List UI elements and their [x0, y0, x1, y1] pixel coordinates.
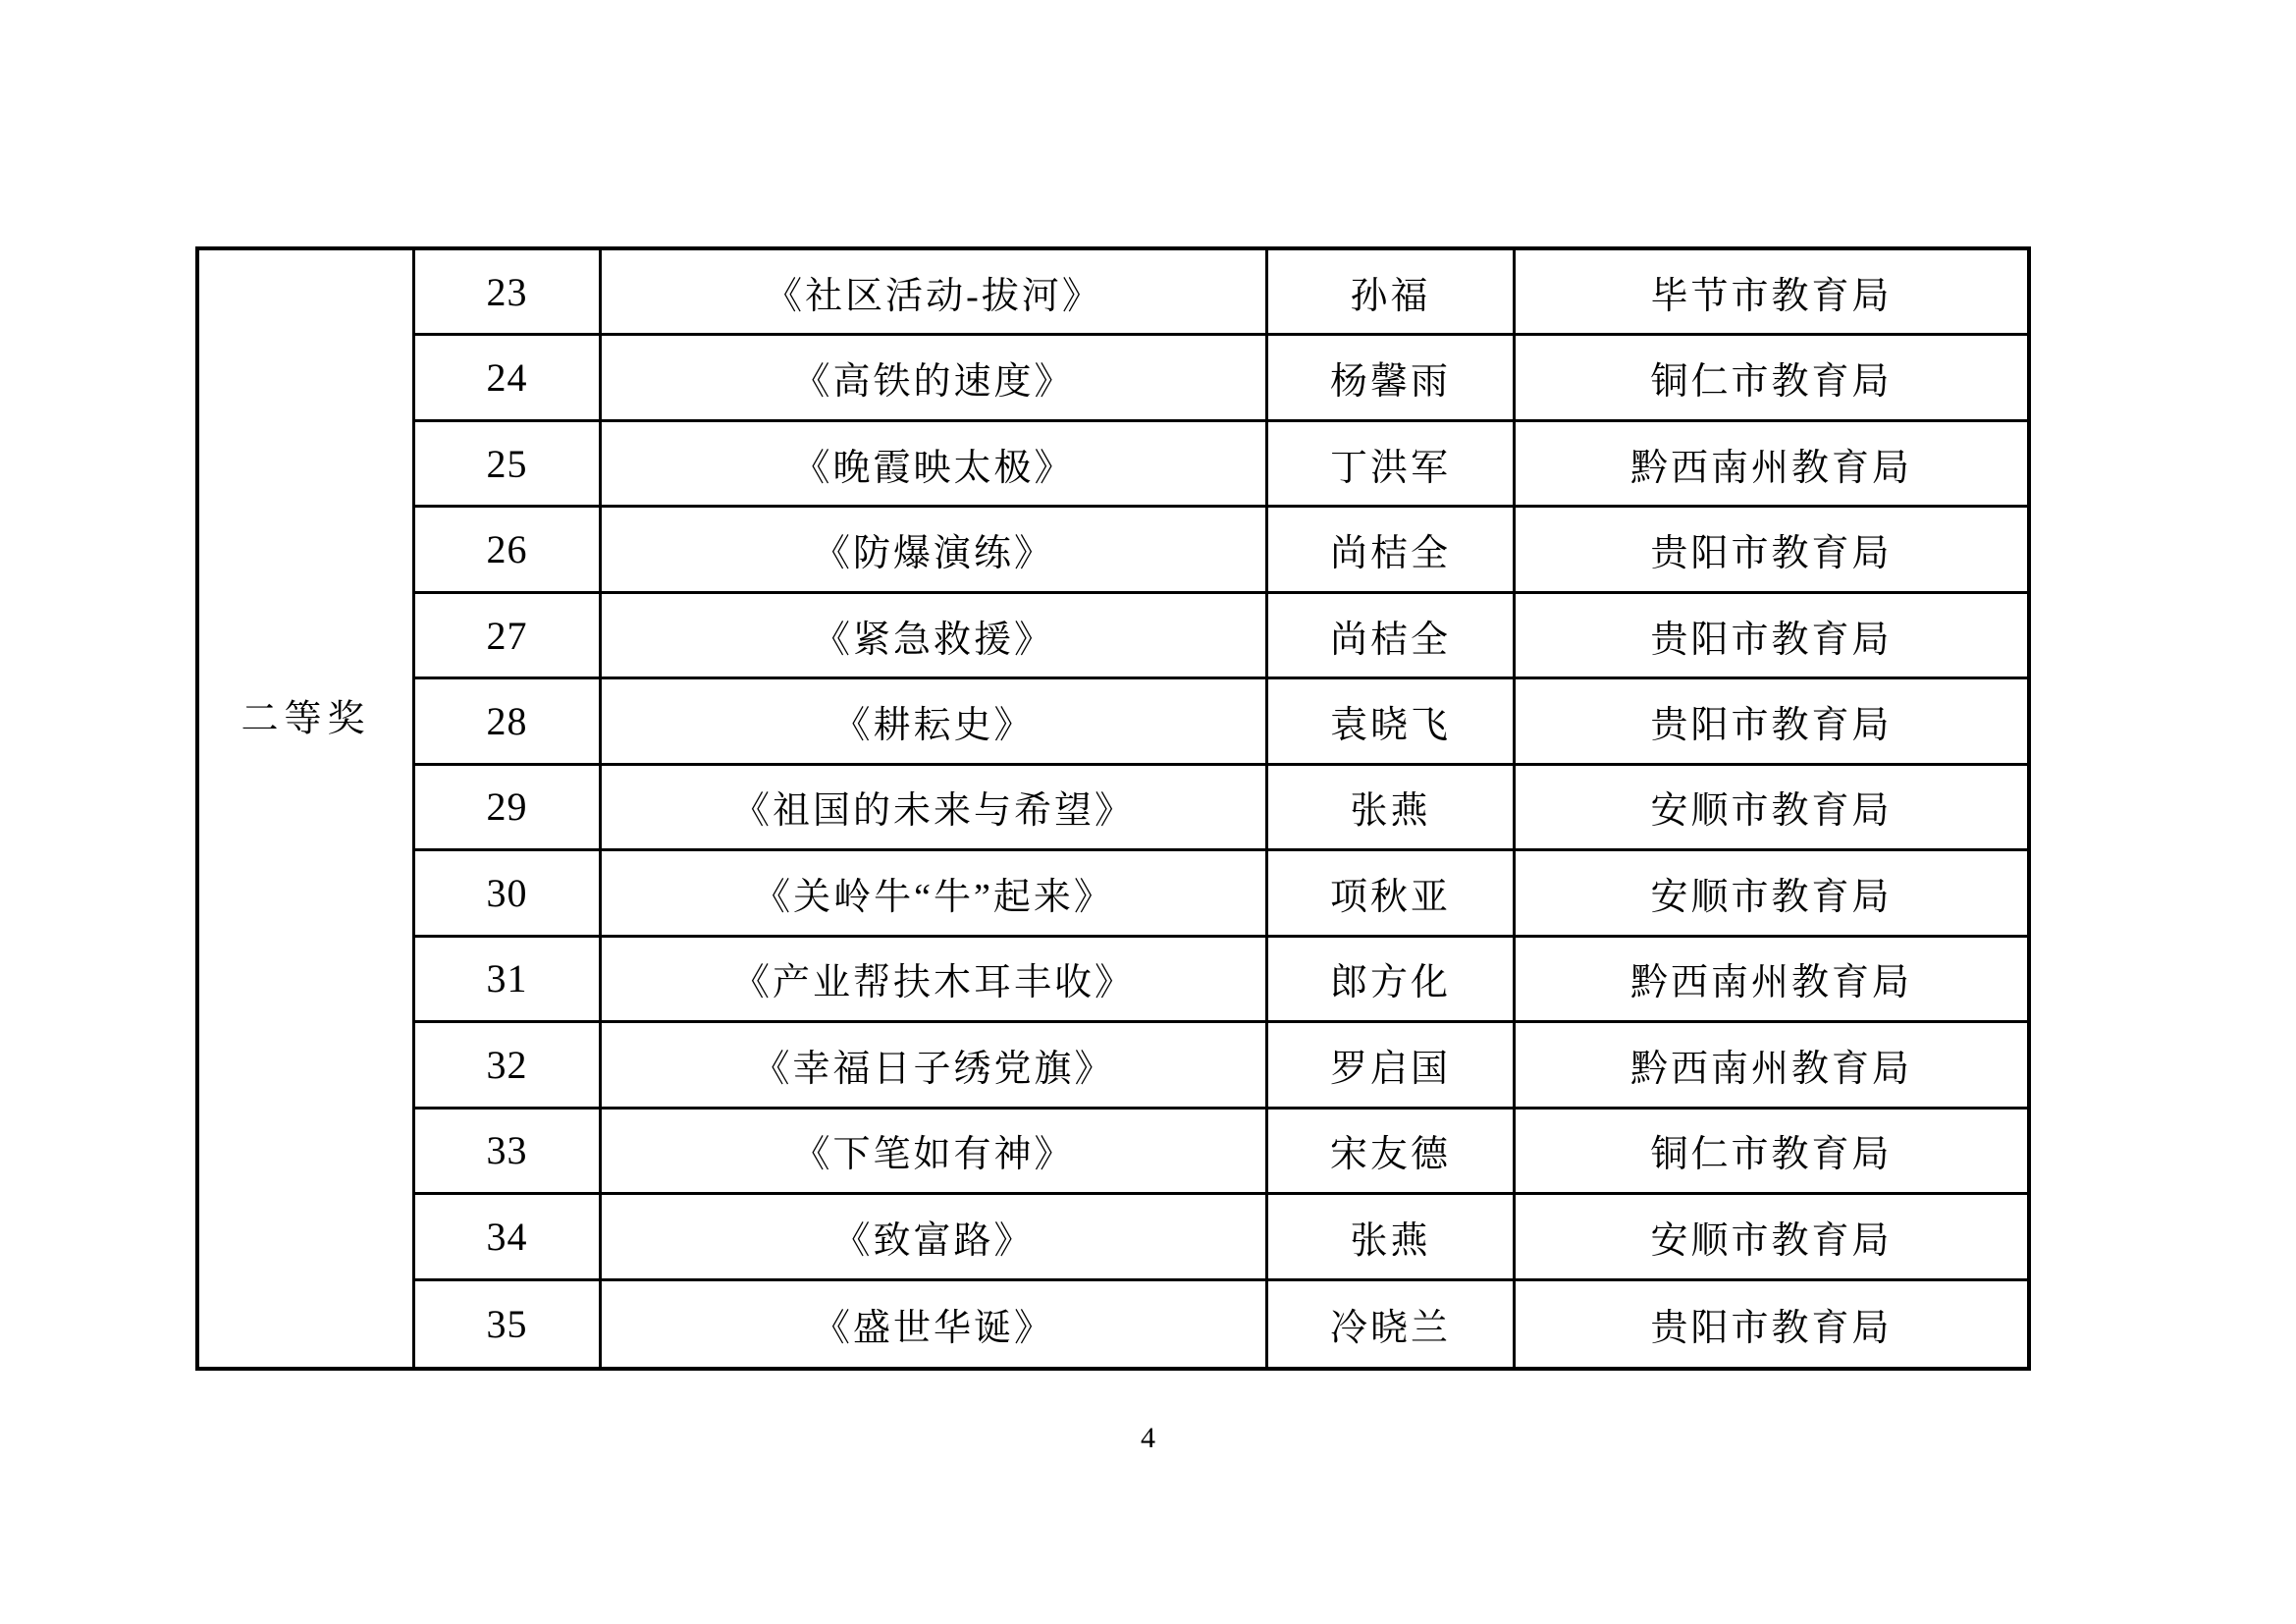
index-cell: 35: [415, 1281, 602, 1367]
index-cell: 28: [415, 679, 602, 765]
title-cell: 《祖国的未来与希望》: [602, 766, 1268, 851]
index-cell: 33: [415, 1110, 602, 1195]
org-cell: 铜仁市教育局: [1516, 1110, 2027, 1195]
document-page: 二等奖 23《社区活动-拔河》孙福毕节市教育局24《高铁的速度》杨馨雨铜仁市教育…: [0, 0, 2296, 1624]
author-cell: 尚桔全: [1268, 594, 1516, 679]
org-cell: 黔西南州教育局: [1516, 1023, 2027, 1109]
award-group-label: 二等奖: [199, 688, 412, 742]
author-cell: 尚桔全: [1268, 508, 1516, 593]
index-cell: 30: [415, 851, 602, 937]
org-cell: 黔西南州教育局: [1516, 938, 2027, 1023]
org-cell: 安顺市教育局: [1516, 851, 2027, 937]
index-cell: 29: [415, 766, 602, 851]
title-cell: 《致富路》: [602, 1195, 1268, 1280]
title-cell: 《产业帮扶木耳丰收》: [602, 938, 1268, 1023]
org-cell: 铜仁市教育局: [1516, 336, 2027, 421]
index-cell: 25: [415, 422, 602, 508]
org-cell: 贵阳市教育局: [1516, 594, 2027, 679]
author-cell: 张燕: [1268, 1195, 1516, 1280]
org-cell: 贵阳市教育局: [1516, 1281, 2027, 1367]
author-cell: 罗启国: [1268, 1023, 1516, 1109]
index-cell: 32: [415, 1023, 602, 1109]
org-cell: 安顺市教育局: [1516, 766, 2027, 851]
title-cell: 《下笔如有神》: [602, 1110, 1268, 1195]
author-cell: 项秋亚: [1268, 851, 1516, 937]
title-cell: 《盛世华诞》: [602, 1281, 1268, 1367]
index-cell: 27: [415, 594, 602, 679]
awards-table: 二等奖 23《社区活动-拔河》孙福毕节市教育局24《高铁的速度》杨馨雨铜仁市教育…: [195, 246, 2031, 1371]
title-cell: 《幸福日子绣党旗》: [602, 1023, 1268, 1109]
org-cell: 黔西南州教育局: [1516, 422, 2027, 508]
title-cell: 《高铁的速度》: [602, 336, 1268, 421]
page-number: 4: [0, 1422, 2296, 1455]
author-cell: 宋友德: [1268, 1110, 1516, 1195]
title-cell: 《社区活动-拔河》: [602, 250, 1268, 336]
author-cell: 孙福: [1268, 250, 1516, 336]
title-cell: 《紧急救援》: [602, 594, 1268, 679]
author-cell: 杨馨雨: [1268, 336, 1516, 421]
author-cell: 张燕: [1268, 766, 1516, 851]
org-cell: 贵阳市教育局: [1516, 679, 2027, 765]
index-cell: 26: [415, 508, 602, 593]
author-cell: 郎方化: [1268, 938, 1516, 1023]
org-cell: 贵阳市教育局: [1516, 508, 2027, 593]
index-cell: 24: [415, 336, 602, 421]
index-cell: 23: [415, 250, 602, 336]
org-cell: 安顺市教育局: [1516, 1195, 2027, 1280]
author-cell: 冷晓兰: [1268, 1281, 1516, 1367]
index-cell: 34: [415, 1195, 602, 1280]
author-cell: 丁洪军: [1268, 422, 1516, 508]
award-group-cell: 二等奖: [199, 250, 415, 1367]
title-cell: 《防爆演练》: [602, 508, 1268, 593]
index-cell: 31: [415, 938, 602, 1023]
org-cell: 毕节市教育局: [1516, 250, 2027, 336]
title-cell: 《耕耘史》: [602, 679, 1268, 765]
author-cell: 袁晓飞: [1268, 679, 1516, 765]
title-cell: 《晚霞映太极》: [602, 422, 1268, 508]
title-cell: 《关岭牛“牛”起来》: [602, 851, 1268, 937]
